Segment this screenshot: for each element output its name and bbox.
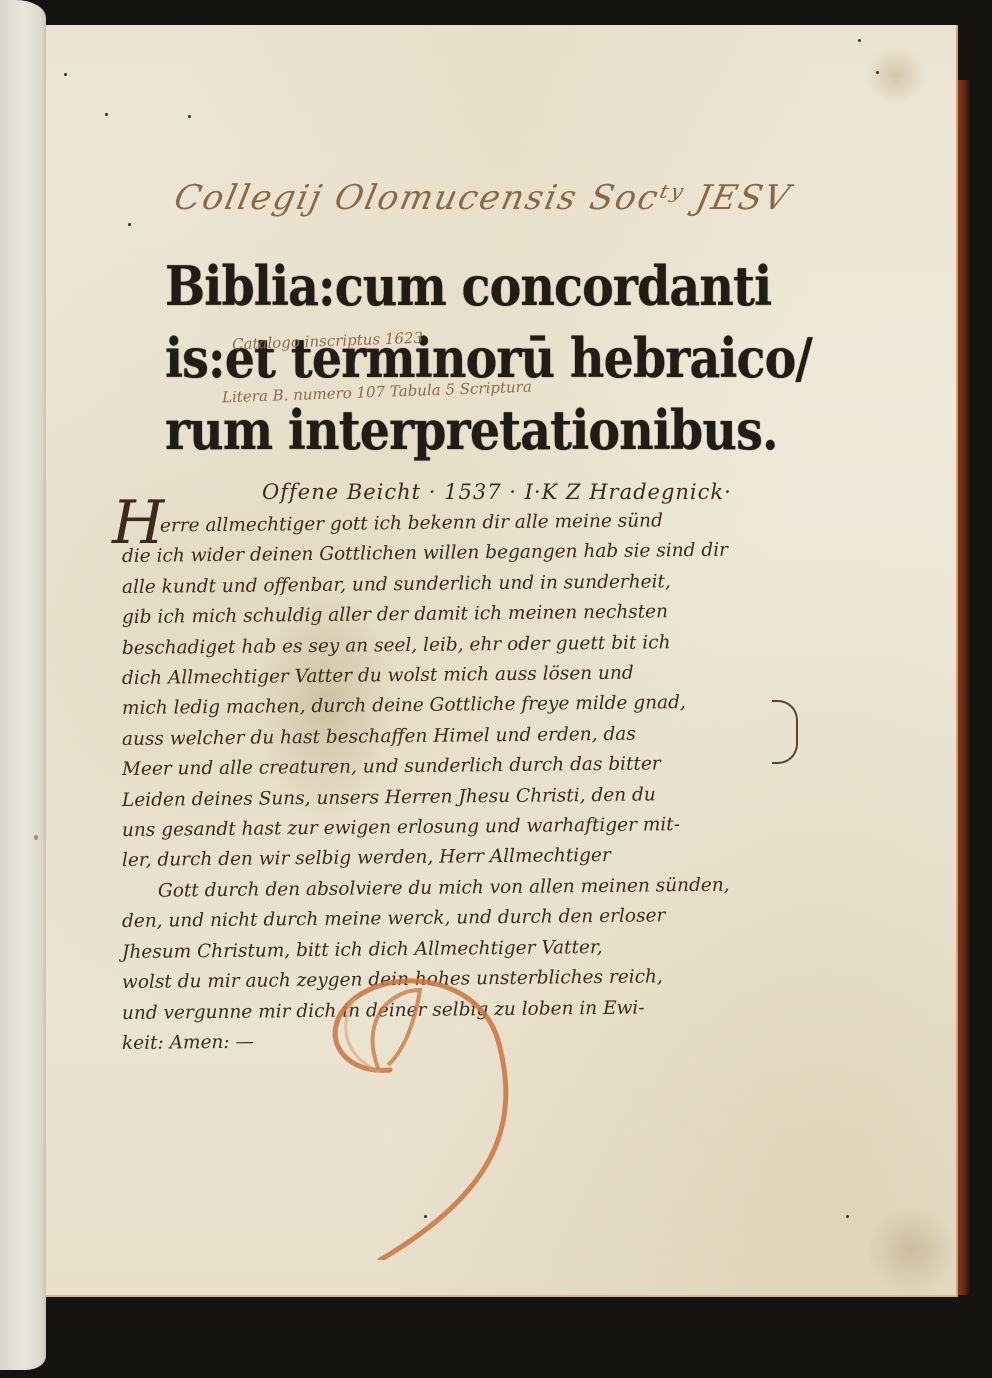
printed-title: Biblia:cum concordanti is:et terminorū h… <box>165 250 737 466</box>
speck <box>846 1215 849 1218</box>
corner-stain <box>866 45 926 105</box>
speck <box>858 39 861 42</box>
title-line-1: Biblia:cum concordanti <box>165 250 737 322</box>
margin-bracket-mark <box>772 700 798 764</box>
facing-page-edge <box>0 0 46 1370</box>
corner-stain <box>866 1205 956 1295</box>
speck <box>34 835 38 840</box>
speck <box>128 223 131 226</box>
speck <box>105 113 108 116</box>
speck <box>188 115 191 118</box>
manuscript-heading: Offene Beicht · 1537 · I·K Z Hradegnick· <box>262 480 732 504</box>
ownership-inscription: Collegij Olomucensis Socᵗʸ JESV <box>171 178 800 218</box>
speck <box>64 73 67 76</box>
speck <box>876 71 879 74</box>
red-chalk-flourish-icon <box>280 960 540 1260</box>
